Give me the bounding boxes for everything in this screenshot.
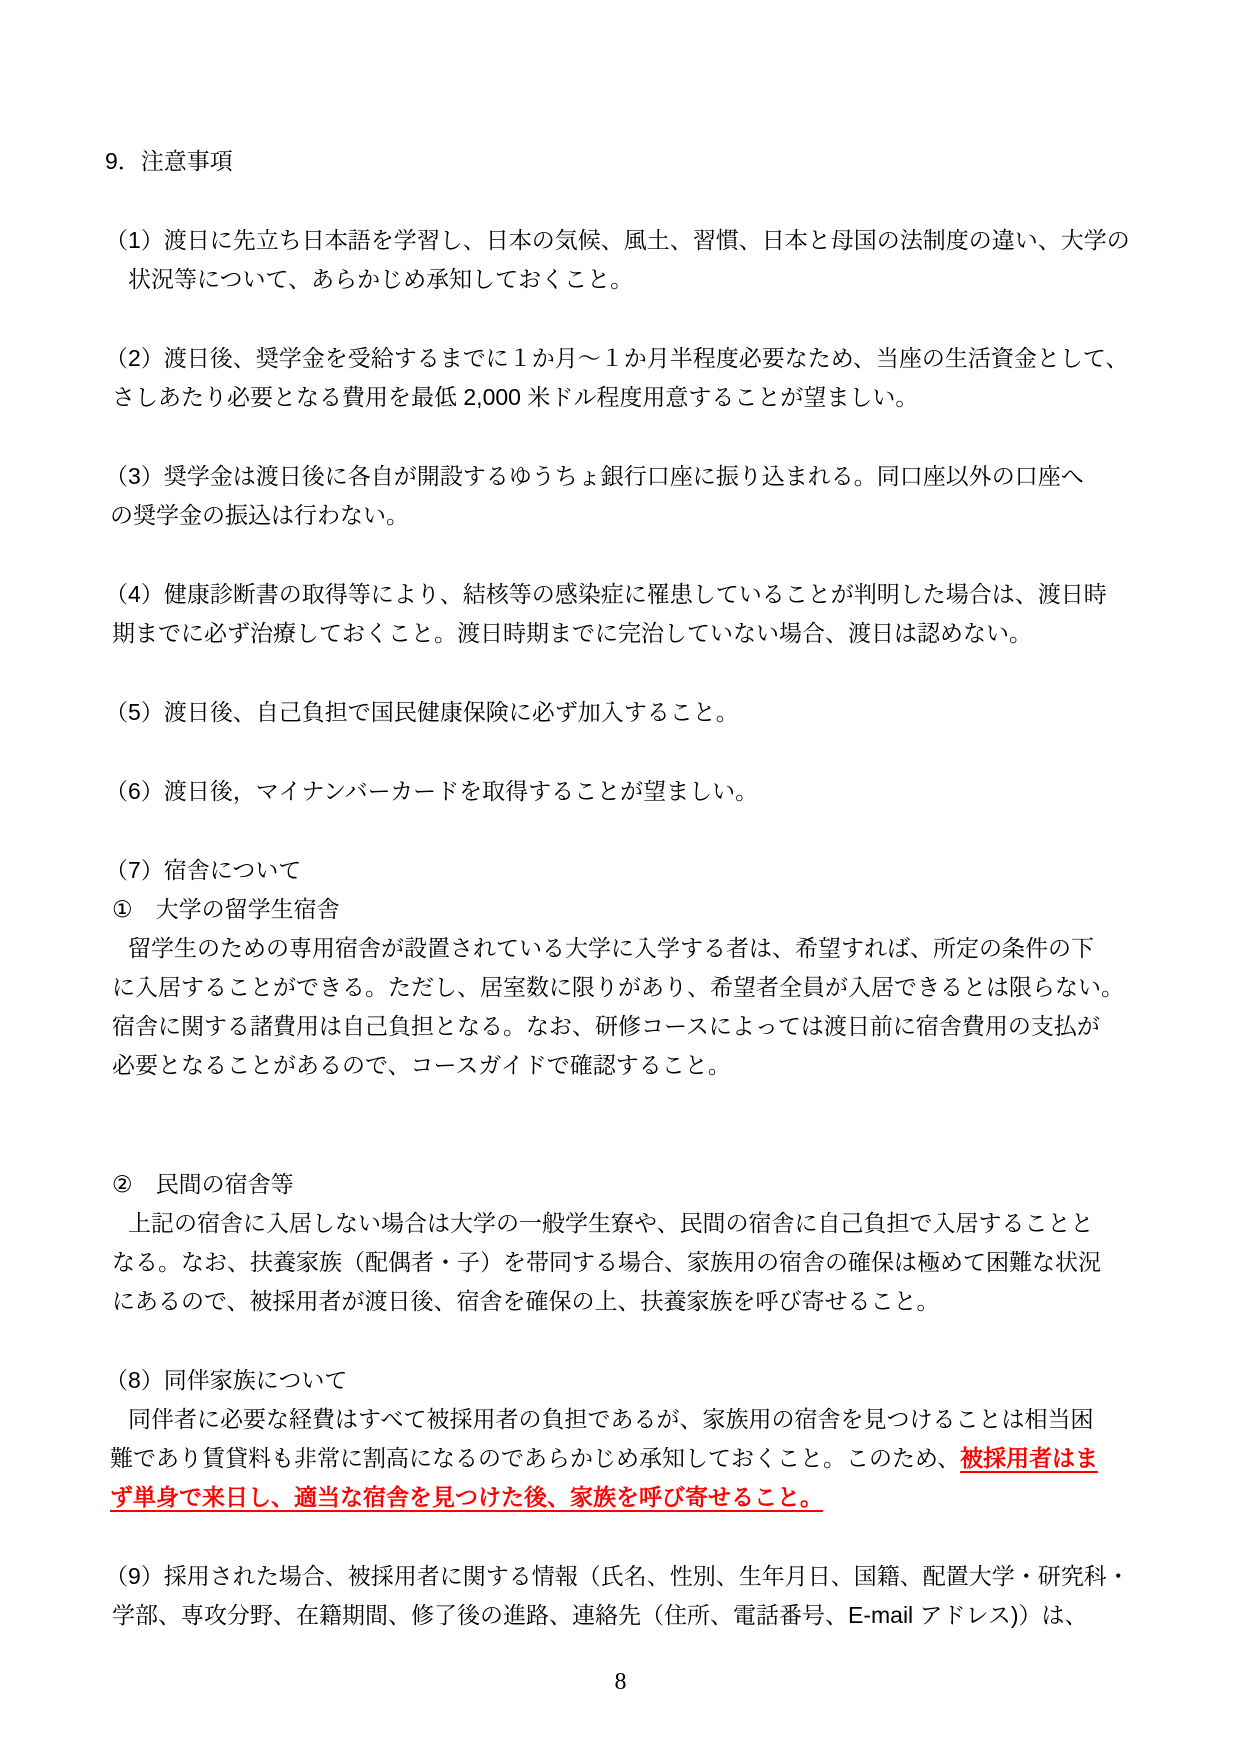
item-7-header: （7）宿舎について [105,851,1241,890]
item-8-line-2: 難であり賃貸料も非常に割高になるのであらかじめ承知しておくこと。このため、被採用… [110,1439,1241,1478]
item-4-line-2: 期までに必ず治療しておくこと。渡日時期までに完治していない場合、渡日は認めない。 [112,614,1241,653]
page-number: 8 [0,1668,1241,1696]
item-3: （3）奨学金は渡日後に各自が開設するゆうちょ銀行口座に振り込まれる。同口座以外の… [0,457,1241,535]
item-4: （4）健康診断書の取得等により、結核等の感染症に罹患していることが判明した場合は… [0,575,1241,653]
item-2-line-1: （2）渡日後、奨学金を受給するまでに１か月～１か月半程度必要なため、当座の生活資… [105,339,1241,378]
item-8: （8）同伴家族について 同伴者に必要な経費はすべて被採用者の負担であるが、家族用… [0,1361,1241,1517]
item-6-line-1: （6）渡日後，マイナンバーカードを取得することが望ましい。 [105,772,1241,811]
item-1-line-2: 状況等について、あらかじめ承知しておくこと。 [128,260,1241,299]
item-8-line-1: 同伴者に必要な経費はすべて被採用者の負担であるが、家族用の宿舎を見つけることは相… [128,1400,1241,1439]
item-9-line-2: 学部、専攻分野、在籍期間、修了後の進路、連絡先（住所、電話番号、E-mail ア… [112,1596,1241,1635]
item-8-header: （8）同伴家族について [105,1361,1241,1400]
item-9-line-1: （9）採用された場合、被採用者に関する情報（氏名、性別、生年月日、国籍、配置大学… [105,1557,1241,1596]
item-3-line-2: の奨学金の振込は行わない。 [110,496,1241,535]
item-1-line-1: （1）渡日に先立ち日本語を学習し、日本の気候、風土、習慣、日本と母国の法制度の違… [105,221,1241,260]
item-2: （2）渡日後、奨学金を受給するまでに１か月～１か月半程度必要なため、当座の生活資… [0,339,1241,417]
item-9: （9）採用された場合、被採用者に関する情報（氏名、性別、生年月日、国籍、配置大学… [0,1557,1241,1635]
document-content: 9．注意事項 （1）渡日に先立ち日本語を学習し、日本の気候、風土、習慣、日本と母… [0,0,1241,1635]
item-6: （6）渡日後，マイナンバーカードを取得することが望ましい。 [0,772,1241,811]
section-heading: 9．注意事項 [105,142,1241,181]
item-3-line-1: （3）奨学金は渡日後に各自が開設するゆうちょ銀行口座に振り込まれる。同口座以外の… [105,457,1241,496]
item-4-line-1: （4）健康診断書の取得等により、結核等の感染症に罹患していることが判明した場合は… [105,575,1241,614]
item-5-line-1: （5）渡日後、自己負担で国民健康保険に必ず加入すること。 [105,693,1241,732]
item-7-sub-2-header: ② 民間の宿舎等 [112,1165,1241,1204]
item-2-line-2: さしあたり必要となる費用を最低 2,000 米ドル程度用意することが望ましい。 [112,378,1241,417]
item-7-sub-2-line-3: にあるので、被採用者が渡日後、宿舎を確保の上、扶養家族を呼び寄せること。 [112,1282,1241,1321]
item-7-sub-2-line-1: 上記の宿舎に入居しない場合は大学の一般学生寮や、民間の宿舎に自己負担で入居するこ… [128,1204,1241,1243]
item-8-line-3-red-emphasis-text: ず単身で来日し、適当な宿舎を見つけた後、家族を呼び寄せること。 [110,1484,823,1510]
item-7-sub-2-line-2: なる。なお、扶養家族（配偶者・子）を帯同する場合、家族用の宿舎の確保は極めて困難… [112,1243,1241,1282]
document-page: 9．注意事項 （1）渡日に先立ち日本語を学習し、日本の気候、風土、習慣、日本と母… [0,0,1241,1755]
item-5: （5）渡日後、自己負担で国民健康保険に必ず加入すること。 [0,693,1241,732]
item-8-line-3: ず単身で来日し、適当な宿舎を見つけた後、家族を呼び寄せること。 [110,1478,1241,1517]
item-1: （1）渡日に先立ち日本語を学習し、日本の気候、風土、習慣、日本と母国の法制度の違… [0,221,1241,299]
item-7-sub-1-line-2: に入居することができる。ただし、居室数に限りがあり、希望者全員が入居できるとは限… [112,968,1241,1007]
item-7-sub-1-line-3: 宿舎に関する諸費用は自己負担となる。なお、研修コースによっては渡日前に宿舎費用の… [112,1007,1241,1046]
item-7-sub-1-header: ① 大学の留学生宿舎 [112,890,1241,929]
item-8-line-2-red-emphasis-text: 被採用者はま [960,1445,1098,1471]
item-8-line-2-normal-text: 難であり賃貸料も非常に割高になるのであらかじめ承知しておくこと。このため、 [110,1445,960,1471]
item-7-sub-1-line-1: 留学生のための専用宿舎が設置されている大学に入学する者は、希望すれば、所定の条件… [128,929,1241,968]
item-7-sub-1-line-4: 必要となることがあるので、コースガイドで確認すること。 [112,1046,1241,1085]
item-7: （7）宿舎について ① 大学の留学生宿舎 留学生のための専用宿舎が設置されている… [0,851,1241,1321]
